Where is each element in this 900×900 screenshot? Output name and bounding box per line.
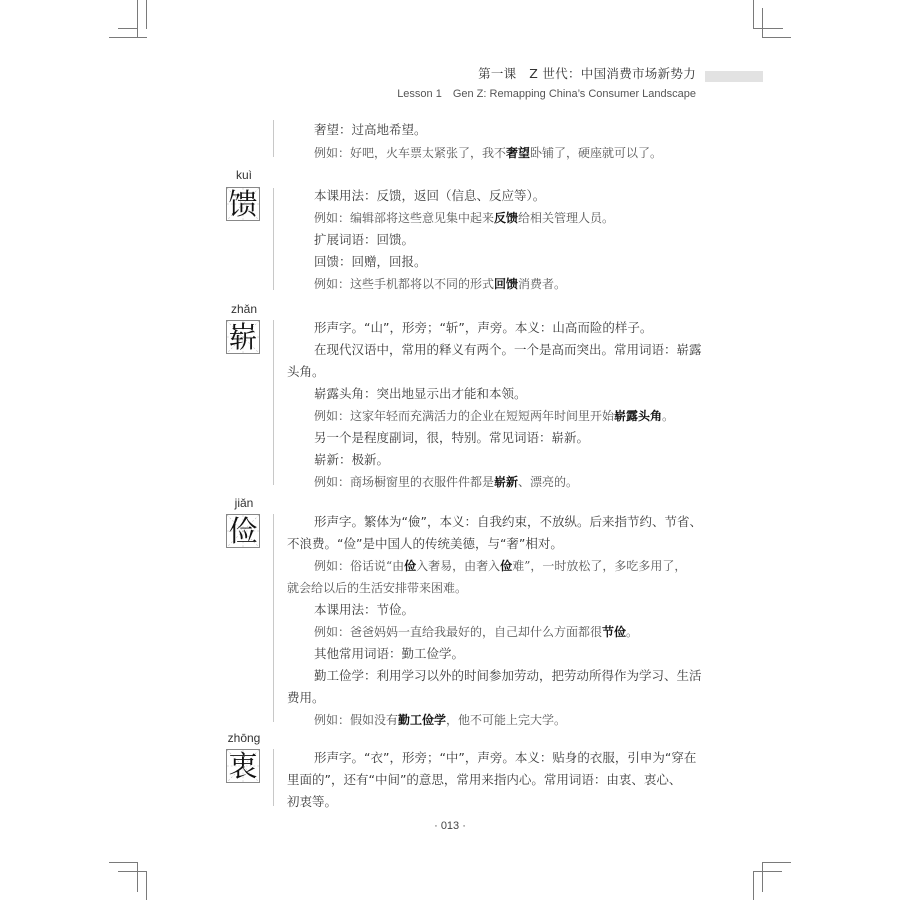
pinyin-label: zhōng xyxy=(219,731,269,745)
character-box: 衷 xyxy=(226,749,260,783)
definition-line: 奢望：过高地希望。 xyxy=(314,119,427,141)
definition-line: 扩展词语：回馈。 xyxy=(314,229,414,251)
character-box: 馈 xyxy=(226,187,260,221)
definition-line: 回馈：回赠，回报。 xyxy=(314,251,427,273)
running-header: 第一课 Z 世代：中国消费市场新势力 Lesson 1 Gen Z: Remap… xyxy=(397,64,696,101)
entry-rule xyxy=(273,320,274,485)
definition-line: 形声字。“山”，形旁；“斩”，声旁。本义：山高而险的样子。 xyxy=(314,317,652,339)
example-line: 例如：好吧，火车票太紧张了，我不奢望卧铺了，硬座就可以了。 xyxy=(314,142,662,164)
character-box: 崭 xyxy=(226,320,260,354)
example-line: 例如：爸爸妈妈一直给我最好的，自己却什么方面都很节俭。 xyxy=(314,621,638,643)
entry-rule xyxy=(273,188,274,290)
definition-line: 头角。 xyxy=(287,361,325,383)
definition-line: 崭露头角：突出地显示出才能和本领。 xyxy=(314,383,527,405)
page-number: · 013 · xyxy=(0,820,900,832)
definition-line: 另一个是程度副词，很，特别。常见词语：崭新。 xyxy=(314,427,589,449)
definition-line: 费用。 xyxy=(287,687,325,709)
definition-line: 初衷等。 xyxy=(287,791,337,813)
definition-line: 形声字。繁体为“儉”，本义：自我约束，不放纵。后来指节约、节省、 xyxy=(314,511,702,533)
entry-rule xyxy=(273,749,274,806)
headword-character: 崭 xyxy=(227,321,259,353)
definition-line: 勤工俭学：利用学习以外的时间参加劳动，把劳动所得作为学习、生活 xyxy=(314,665,702,687)
headword-character: 俭 xyxy=(227,515,259,547)
headword-character: 衷 xyxy=(227,750,259,782)
example-line: 就会给以后的生活安排带来困难。 xyxy=(287,577,467,599)
entry-rule xyxy=(273,514,274,722)
example-line: 例如：假如没有勤工俭学，他不可能上完大学。 xyxy=(314,709,566,731)
definition-line: 其他常用词语：勤工俭学。 xyxy=(314,643,464,665)
definition-line: 不浪费。“俭”是中国人的传统美德，与“奢”相对。 xyxy=(287,533,563,555)
definition-line: 本课用法：反馈，返回（信息、反应等）。 xyxy=(314,185,545,207)
pinyin-label: zhǎn xyxy=(219,302,269,316)
headword-character: 馈 xyxy=(227,188,259,220)
pinyin-label: jiǎn xyxy=(219,496,269,510)
example-line: 例如：这些手机都将以不同的形式回馈消费者。 xyxy=(314,273,566,295)
example-line: 例如：商场橱窗里的衣服件件都是崭新、漂亮的。 xyxy=(314,471,578,493)
definition-line: 在现代汉语中，常用的释义有两个。一个是高而突出。常用词语：崭露 xyxy=(314,339,702,361)
example-line: 例如：编辑部将这些意见集中起来反馈给相关管理人员。 xyxy=(314,207,614,229)
pinyin-label: kuì xyxy=(219,168,269,182)
definition-line: 里面的”，还有“中间”的意思，常用来指内心。常用词语：由衷、衷心、 xyxy=(287,769,681,791)
example-line: 例如：这家年轻而充满活力的企业在短短两年时间里开始崭露头角。 xyxy=(314,405,674,427)
definition-line: 形声字。“衣”，形旁；“中”，声旁。本义：贴身的衣服，引申为“穿在 xyxy=(314,747,696,769)
lesson-title-en: Lesson 1 Gen Z: Remapping China’s Consum… xyxy=(397,85,696,101)
example-line: 例如：俗话说“由俭入奢易，由奢入俭难”，一时放松了，多吃多用了， xyxy=(314,555,686,577)
definition-line: 崭新：极新。 xyxy=(314,449,389,471)
entry-rule xyxy=(273,120,274,157)
lesson-title-zh: 第一课 Z 世代：中国消费市场新势力 xyxy=(397,64,696,82)
character-box: 俭 xyxy=(226,514,260,548)
header-tab-bar xyxy=(705,71,763,82)
definition-line: 本课用法：节俭。 xyxy=(314,599,414,621)
